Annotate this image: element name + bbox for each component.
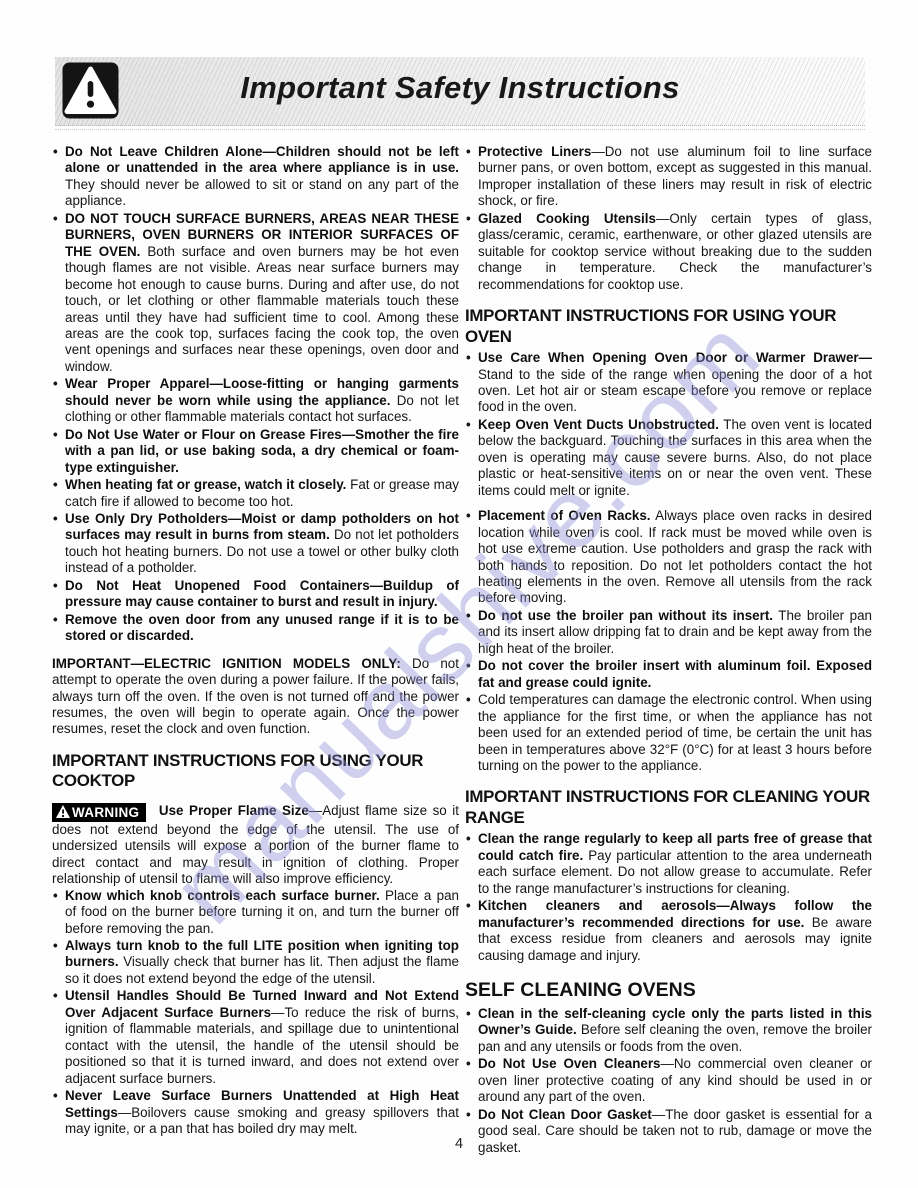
bullet-item: Do Not Heat Unopened Food Containers—Bui…: [52, 578, 459, 611]
section-heading: IMPORTANT INSTRUCTIONS FOR CLEANING YOUR…: [465, 787, 872, 828]
bullet-lead-text: Do not use the broiler pan without its i…: [478, 608, 773, 623]
title-banner: Important Safety Instructions: [55, 57, 865, 126]
bullet-body-text: Stand to the side of the range when open…: [478, 367, 872, 415]
bullet-lead-text: Do Not Use Water or Flour on Grease Fire…: [65, 427, 459, 475]
bullet-item: Do Not Use Water or Flour on Grease Fire…: [52, 427, 459, 476]
bullet-item: Cold temperatures can damage the electro…: [465, 692, 872, 774]
paragraph: IMPORTANT—ELECTRIC IGNITION MODELS ONLY:…: [52, 656, 459, 738]
spacer: [465, 500, 872, 508]
bullet-lead-text: Remove the oven door from any unused ran…: [65, 612, 459, 643]
bullet-lead-text: Do Not Heat Unopened Food Containers—Bui…: [65, 578, 459, 609]
bullet-item: Always turn knob to the full LITE positi…: [52, 938, 459, 987]
section-heading: IMPORTANT INSTRUCTIONS FOR USING YOUR OV…: [465, 306, 872, 347]
bullet-body-text: They should never be allowed to sit or s…: [65, 177, 459, 208]
bullet-item: Clean in the self-cleaning cycle only th…: [465, 1006, 872, 1055]
bullet-item: Never Leave Surface Burners Unattended a…: [52, 1088, 459, 1137]
bullet-item: Kitchen cleaners and aerosols—Always fol…: [465, 898, 872, 964]
warning-badge-label: WARNING: [72, 805, 139, 820]
right-column: Protective Liners—Do not use aluminum fo…: [465, 144, 872, 1157]
bullet-item: DO NOT TOUCH SURFACE BURNERS, AREAS NEAR…: [52, 211, 459, 376]
bullet-lead-text: When heating fat or grease, watch it clo…: [65, 477, 346, 492]
left-column: Do Not Leave Children Alone—Children sho…: [52, 144, 459, 1138]
bullet-lead-text: Glazed Cooking Utensils: [478, 211, 656, 226]
bullet-item: Placement of Oven Racks. Always place ov…: [465, 508, 872, 607]
section-heading: SELF CLEANING OVENS: [465, 979, 872, 1002]
bullet-item: Do not cover the broiler insert with alu…: [465, 658, 872, 691]
bullet-lead-text: Do Not Use Oven Cleaners: [478, 1056, 660, 1071]
warning-badge: WARNING: [52, 803, 146, 822]
bullet-lead-text: Placement of Oven Racks.: [478, 508, 651, 523]
bullet-item: Utensil Handles Should Be Turned Inward …: [52, 988, 459, 1087]
bullet-lead-text: Use Care When Opening Oven Door or Warme…: [478, 350, 872, 365]
bullet-lead-text: Protective Liners: [478, 144, 591, 159]
section-heading: IMPORTANT INSTRUCTIONS FOR USING YOUR CO…: [52, 751, 459, 792]
bullet-lead-text: Do Not Leave Children Alone—Children sho…: [65, 144, 459, 175]
bullet-body-text: Cold temperatures can damage the electro…: [478, 692, 872, 773]
bullet-item: Do Not Leave Children Alone—Children sho…: [52, 144, 459, 210]
bullet-item: Wear Proper Apparel—Loose-fitting or han…: [52, 376, 459, 425]
bullet-item: Clean the range regularly to keep all pa…: [465, 831, 872, 897]
bullet-lead-text: Do not cover the broiler insert with alu…: [478, 658, 872, 689]
bullet-body-text: —Boilovers cause smoking and greasy spil…: [65, 1105, 459, 1136]
bullet-item: Know which knob controls each surface bu…: [52, 888, 459, 937]
bullet-item: Use Only Dry Potholders—Moist or damp po…: [52, 511, 459, 577]
bullet-lead-text: Do Not Clean Door Gasket: [478, 1107, 652, 1122]
bullet-body-text: Visually check that burner has lit. Then…: [65, 954, 459, 985]
page-number: 4: [0, 1136, 918, 1152]
paragraph: WARNING Use Proper Flame Size—Adjust fla…: [52, 803, 459, 888]
bullet-item: Glazed Cooking Utensils—Only certain typ…: [465, 211, 872, 293]
bullet-item: Keep Oven Vent Ducts Unobstructed. The o…: [465, 417, 872, 499]
bullet-item: When heating fat or grease, watch it clo…: [52, 477, 459, 510]
bullet-lead-text: Know which knob controls each surface bu…: [65, 888, 380, 903]
bullet-item: Do Not Use Oven Cleaners—No commercial o…: [465, 1056, 872, 1105]
bullet-lead-text: Use Proper Flame Size: [159, 803, 309, 818]
bullet-body-text: Both surface and oven burners may be hot…: [65, 244, 459, 374]
bullet-lead-text: IMPORTANT—ELECTRIC IGNITION MODELS ONLY:: [52, 656, 401, 671]
bullet-lead-text: Keep Oven Vent Ducts Unobstructed.: [478, 417, 719, 432]
page-title: Important Safety Instructions: [55, 70, 865, 106]
bullet-item: Use Care When Opening Oven Door or Warme…: [465, 350, 872, 416]
bullet-item: Protective Liners—Do not use aluminum fo…: [465, 144, 872, 210]
bullet-item: Remove the oven door from any unused ran…: [52, 612, 459, 645]
bullet-item: Do not use the broiler pan without its i…: [465, 608, 872, 657]
manual-page: Important Safety Instructions Do Not Lea…: [0, 0, 918, 1188]
